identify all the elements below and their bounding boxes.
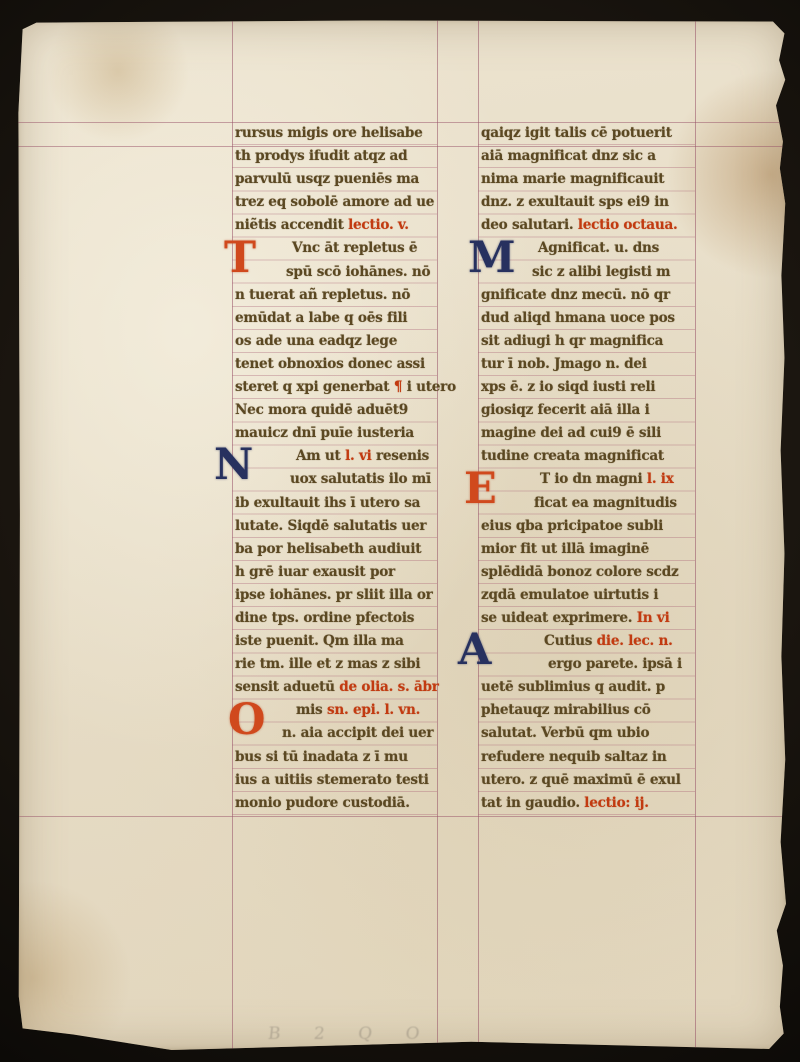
text-line: bus si tū inadata z ī mu — [232, 746, 437, 769]
text-line: refudere nequib saltaz in — [478, 746, 695, 769]
text-line: monio pudore custodiā. — [232, 792, 437, 815]
body-text: sic z alibi legisti m — [532, 264, 670, 280]
text-line: ib exultauit ihs ī utero sa — [232, 492, 437, 515]
text-line: ficat ea magnitudis — [478, 492, 695, 515]
pencil-inscription: B 2 Q O — [267, 1024, 435, 1044]
body-text: dine tps. ordine pfectois — [235, 610, 414, 626]
text-line: parvulū usqz pueniēs ma — [232, 168, 437, 191]
rubric-text: l. ix — [647, 471, 674, 487]
text-line: n tuerat añ repletus. nō — [232, 284, 437, 307]
text-line: giosiqz fecerit aiā illa i — [478, 399, 695, 422]
body-text: emūdat a labe q oēs fili — [235, 310, 407, 326]
body-text: se uideat exprimere. — [481, 610, 637, 626]
text-line: zqdā emulatoe uirtutis i — [478, 584, 695, 607]
text-line: niẽtis accendit lectio. v. — [232, 214, 437, 237]
text-line: lutate. Siqdē salutatis uer — [232, 515, 437, 538]
body-text: deo salutari. — [481, 217, 578, 233]
text-line: sit adiugi h qr magnifica — [478, 330, 695, 353]
rubric-text: sn. epi. l. vn. — [327, 702, 420, 718]
body-text: uox salutatis ilo mī — [290, 471, 431, 487]
rubric-text: l. vi — [345, 448, 371, 464]
text-line: salutat. Verbū qm ubio — [478, 722, 695, 745]
text-line: splēdidā bonoz colore scdz — [478, 561, 695, 584]
body-text: tenet obnoxios donec assi — [235, 356, 425, 372]
text-line: ergo parete. ipsā i — [478, 653, 695, 676]
text-line: ipse iohānes. pr sliit illa or — [232, 584, 437, 607]
body-text: rie tm. ille et z mas z sibi — [235, 656, 420, 672]
body-text: rursus migis ore helisabe — [235, 125, 423, 141]
body-text: ficat ea magnitudis — [534, 495, 677, 511]
text-line: qaiqz igit talis cē potuerit — [478, 122, 695, 145]
text-line: Am ut l. vi resenis — [232, 445, 437, 468]
text-line: xps ē. z io siqd iusti reli — [478, 376, 695, 399]
text-line: tudine creata magnificat — [478, 445, 695, 468]
body-text: tat in gaudio. — [481, 795, 584, 811]
illuminated-initial-t: T — [224, 235, 256, 281]
text-line: tat in gaudio. lectio: ij. — [478, 792, 695, 815]
text-line: tur ī nob. Jmago n. dei — [478, 353, 695, 376]
body-text: niẽtis accendit — [235, 217, 348, 233]
body-text: i utero — [402, 379, 456, 395]
body-text: mauicz dnī puīe iusteria — [235, 425, 414, 441]
body-text: ipse iohānes. pr sliit illa or — [235, 587, 433, 603]
body-text: tudine creata magnificat — [481, 448, 664, 464]
body-text: phetauqz mirabilius cō — [481, 702, 651, 718]
illuminated-initial-m: M — [468, 235, 516, 281]
body-text: aiā magnificat dnz sic a — [481, 148, 656, 164]
body-text: ius a uitiis stemerato testi — [235, 772, 429, 788]
rubric-text: ¶ — [394, 379, 402, 395]
text-line: tenet obnoxios donec assi — [232, 353, 437, 376]
body-text: steret q xpi generbat — [235, 379, 394, 395]
body-text: gnificate dnz mecū. nō qr — [481, 287, 670, 303]
text-line: os ade una eadqz lege — [232, 330, 437, 353]
body-text: qaiqz igit talis cē potuerit — [481, 125, 672, 141]
text-line: utero. z quē maximū ē exul — [478, 769, 695, 792]
text-line: dnz. z exultauit sps ei9 in — [478, 191, 695, 214]
rubric-text: In vi — [637, 610, 670, 626]
text-line: ba por helisabeth audiuit — [232, 538, 437, 561]
illuminated-initial-e: E — [464, 466, 497, 512]
text-line: Cutius die. lec. n. — [478, 630, 695, 653]
text-line: h grē iuar exausit por — [232, 561, 437, 584]
text-line: se uideat exprimere. In vi — [478, 607, 695, 630]
body-text: splēdidā bonoz colore scdz — [481, 564, 678, 580]
body-text: monio pudore custodiā. — [235, 795, 410, 811]
body-text: ba por helisabeth audiuit — [235, 541, 421, 557]
body-text: dud aliqd hmana uoce pos — [481, 310, 675, 326]
body-text: parvulū usqz pueniēs ma — [235, 171, 419, 187]
body-text: refudere nequib saltaz in — [481, 749, 667, 765]
text-column-right: qaiqz igit talis cē potueritaiā magnific… — [478, 122, 695, 816]
body-text: T io dn magni — [540, 471, 647, 487]
body-text: os ade una eadqz lege — [235, 333, 397, 349]
text-column-left: rursus migis ore helisabeth prodys ifudi… — [232, 122, 437, 816]
rubric-text: lectio. v. — [348, 217, 409, 233]
text-line: spū scō iohānes. nō — [232, 261, 437, 284]
rubric-text: lectio octaua. — [578, 217, 678, 233]
body-text: spū scō iohānes. nō — [286, 264, 430, 280]
body-text: magine dei ad cui9 ē sili — [481, 425, 661, 441]
body-text: resenis — [372, 448, 430, 464]
manuscript-leaf: rursus migis ore helisabeth prodys ifudi… — [18, 20, 786, 1050]
text-line: th prodys ifudit atqz ad — [232, 145, 437, 168]
text-line: mior fit ut illā imaginē — [478, 538, 695, 561]
body-text: iste puenit. Qm illa ma — [235, 633, 404, 649]
illuminated-initial-n: N — [214, 442, 253, 488]
body-text: sit adiugi h qr magnifica — [481, 333, 663, 349]
text-line: aiā magnificat dnz sic a — [478, 145, 695, 168]
rubric-text: de olia. s. ābr — [339, 679, 438, 695]
text-line: phetauqz mirabilius cō — [478, 699, 695, 722]
body-text: n. aia accipit dei uer — [282, 725, 433, 741]
illuminated-initial-o: O — [228, 697, 265, 743]
text-line: rursus migis ore helisabe — [232, 122, 437, 145]
text-line: dine tps. ordine pfectois — [232, 607, 437, 630]
text-line: rie tm. ille et z mas z sibi — [232, 653, 437, 676]
body-text: nima marie magnificauit — [481, 171, 664, 187]
illuminated-initial-a: A — [458, 627, 491, 673]
text-line: steret q xpi generbat ¶ i utero — [232, 376, 437, 399]
text-line: trez eq sobolē amore ad ue — [232, 191, 437, 214]
text-line: Nec mora quidē aduēt9 — [232, 399, 437, 422]
ruling-vertical-gutter-left — [437, 20, 438, 1050]
text-line: dud aliqd hmana uoce pos — [478, 307, 695, 330]
body-text: utero. z quē maximū ē exul — [481, 772, 681, 788]
text-line: magine dei ad cui9 ē sili — [478, 422, 695, 445]
text-line: gnificate dnz mecū. nō qr — [478, 284, 695, 307]
body-text: h grē iuar exausit por — [235, 564, 395, 580]
body-text: Am ut — [296, 448, 345, 464]
text-line: eius qba pricipatoe subli — [478, 515, 695, 538]
ruling-vertical-right-margin — [695, 20, 696, 1050]
text-line: nima marie magnificauit — [478, 168, 695, 191]
text-line: mauicz dnī puīe iusteria — [232, 422, 437, 445]
text-line: emūdat a labe q oēs fili — [232, 307, 437, 330]
body-text: Vnc āt repletus ē — [292, 240, 417, 256]
body-text: zqdā emulatoe uirtutis i — [481, 587, 658, 603]
body-text: salutat. Verbū qm ubio — [481, 725, 649, 741]
body-text: uetē sublimius q audit. p — [481, 679, 665, 695]
text-line: Vnc āt repletus ē — [232, 237, 437, 260]
text-line: T io dn magni l. ix — [478, 468, 695, 491]
body-text: mis — [296, 702, 327, 718]
body-text: giosiqz fecerit aiā illa i — [481, 402, 649, 418]
body-text: dnz. z exultauit sps ei9 in — [481, 194, 669, 210]
body-text: sensit aduetū — [235, 679, 339, 695]
rubric-text: die. lec. n. — [597, 633, 673, 649]
body-text: Cutius — [544, 633, 597, 649]
body-text: tur ī nob. Jmago n. dei — [481, 356, 647, 372]
ruling-horizontal-bottom — [18, 816, 786, 817]
body-text: ergo parete. ipsā i — [548, 656, 682, 672]
body-text: bus si tū inadata z ī mu — [235, 749, 408, 765]
body-text: th prodys ifudit atqz ad — [235, 148, 407, 164]
text-line: uetē sublimius q audit. p — [478, 676, 695, 699]
body-text: Agnificat. u. dns — [538, 240, 659, 256]
text-line: ius a uitiis stemerato testi — [232, 769, 437, 792]
rubric-text: lectio: ij. — [584, 795, 648, 811]
body-text: xps ē. z io siqd iusti reli — [481, 379, 655, 395]
text-line: iste puenit. Qm illa ma — [232, 630, 437, 653]
text-line: uox salutatis ilo mī — [232, 468, 437, 491]
body-text: Nec mora quidē aduēt9 — [235, 402, 408, 418]
body-text: trez eq sobolē amore ad ue — [235, 194, 434, 210]
body-text: mior fit ut illā imaginē — [481, 541, 649, 557]
body-text: n tuerat añ repletus. nō — [235, 287, 410, 303]
body-text: lutate. Siqdē salutatis uer — [235, 518, 426, 534]
body-text: ib exultauit ihs ī utero sa — [235, 495, 420, 511]
body-text: eius qba pricipatoe subli — [481, 518, 663, 534]
